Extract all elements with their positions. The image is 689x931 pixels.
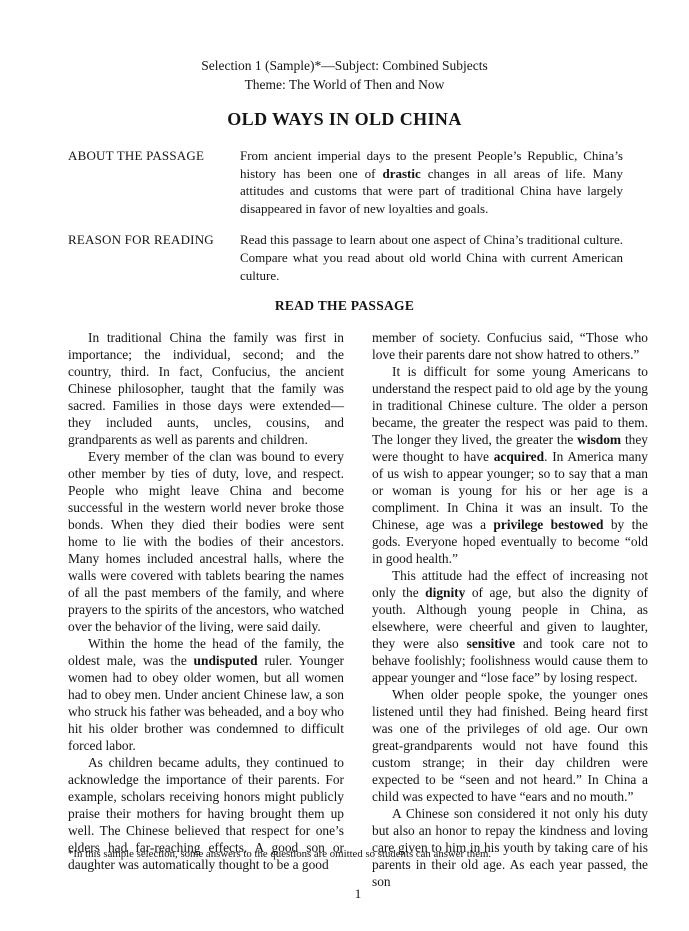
passage-column-right: member of society. Confucius said, “Thos…	[372, 329, 648, 890]
paragraph-right-1: member of society. Confucius said, “Thos…	[372, 329, 648, 363]
footnote: *In this sample selection, some answers …	[68, 848, 648, 860]
about-the-passage-row: ABOUT THE PASSAGE From ancient imperial …	[68, 147, 623, 217]
passage-body: In traditional China the family was firs…	[68, 329, 648, 890]
section-label-about: ABOUT THE PASSAGE	[68, 147, 240, 164]
passage-column-left: In traditional China the family was firs…	[68, 329, 344, 890]
paragraph-right-3: This attitude had the effect of increasi…	[372, 567, 648, 686]
document-page: Selection 1 (Sample)*—Subject: Combined …	[0, 0, 689, 931]
header-line-2: Theme: The World of Then and Now	[0, 75, 689, 94]
paragraph-left-3: Within the home the head of the family, …	[68, 635, 344, 754]
page-number: 1	[68, 886, 648, 902]
section-text-reason: Read this passage to learn about one asp…	[240, 231, 623, 284]
page-header: Selection 1 (Sample)*—Subject: Combined …	[0, 0, 689, 94]
reason-for-reading-row: REASON FOR READING Read this passage to …	[68, 231, 623, 284]
paragraph-right-4: When older people spoke, the younger one…	[372, 686, 648, 805]
section-label-reason: REASON FOR READING	[68, 231, 240, 248]
header-line-1: Selection 1 (Sample)*—Subject: Combined …	[0, 56, 689, 75]
section-text-about: From ancient imperial days to the presen…	[240, 147, 623, 217]
paragraph-left-2: Every member of the clan was bound to ev…	[68, 448, 344, 635]
front-matter: ABOUT THE PASSAGE From ancient imperial …	[68, 147, 623, 284]
passage-title: OLD WAYS IN OLD CHINA	[0, 109, 689, 130]
paragraph-left-1: In traditional China the family was firs…	[68, 329, 344, 448]
paragraph-right-2: It is difficult for some young Americans…	[372, 363, 648, 567]
read-passage-heading: READ THE PASSAGE	[0, 298, 689, 314]
